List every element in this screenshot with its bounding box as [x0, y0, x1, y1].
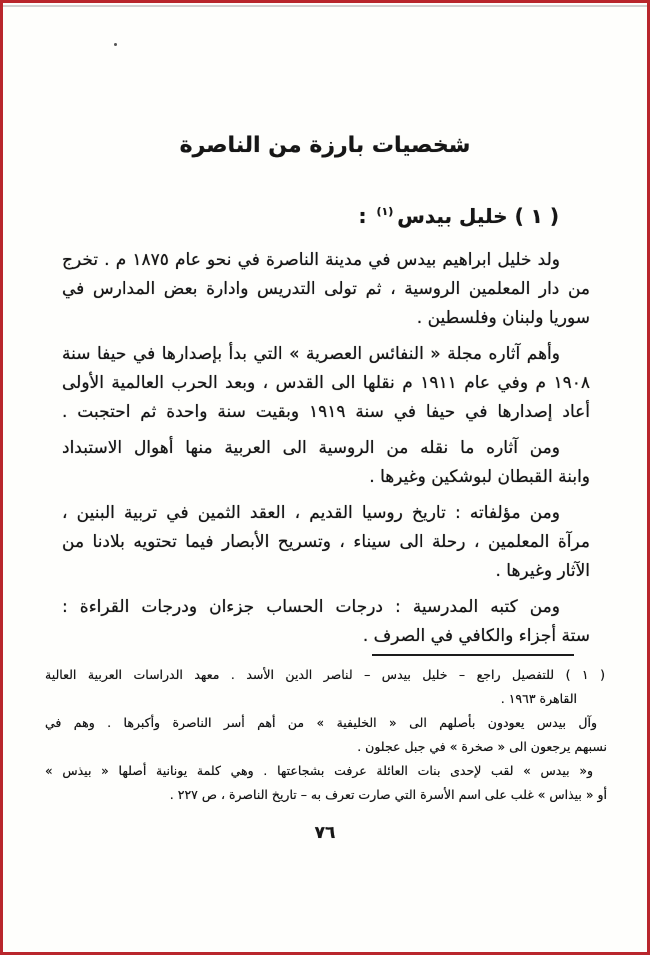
body-text: ولد خليل ابراهيم بيدس في مدينة الناصرة ف… [62, 246, 590, 651]
footnotes: ( ١ ) للتفصيل راجع – خليل بيدس – لناصر ا… [45, 663, 607, 807]
body-line: ستة أجزاء والكافي في الصرف . [62, 622, 590, 651]
body-line: الآثار وغيرها . [62, 557, 590, 586]
footnote-line: و« بيدس » لقب لإحدى بنات العائلة عرفت بش… [45, 759, 607, 783]
footnote-line: وآل بيدس يعودون بأصلهم الى « الخليفية » … [45, 711, 607, 735]
body-line: مرآة المعلمين ، رحلة الى سيناء ، وتسريح … [62, 528, 590, 557]
book-page: شخصيات بارزة من الناصرة ( ١ ) خليل بيدس(… [0, 0, 650, 955]
footnote-reference: (١) [376, 205, 393, 218]
section-heading-colon: : [358, 204, 366, 228]
body-line: من دار المعلمين الروسية ، ثم تولى التدري… [62, 275, 590, 304]
paragraph: ومن مؤلفاته : تاريخ روسيا القديم ، العقد… [62, 499, 590, 586]
body-line: ١٩٠٨ م وفي عام ١٩١١ م نقلها الى القدس ، … [62, 369, 590, 398]
footnote-divider [372, 654, 574, 656]
paragraph: ولد خليل ابراهيم بيدس في مدينة الناصرة ف… [62, 246, 590, 333]
body-line: وأهم آثاره مجلة « النفائس العصرية » التي… [62, 340, 590, 369]
body-line: ومن آثاره ما نقله من الروسية الى العربية… [62, 434, 590, 463]
body-line: وابنة القبطان لبوشكين وغيرها . [62, 463, 590, 492]
paragraph: ومن كتبه المدرسية : درجات الحساب جزءان و… [62, 593, 590, 651]
scan-speck [114, 43, 117, 46]
page-title: شخصيات بارزة من الناصرة [3, 133, 647, 158]
footnote-line: ( ١ ) للتفصيل راجع – خليل بيدس – لناصر ا… [45, 663, 607, 687]
body-line: أعاد إصدارها في حيفا في سنة ١٩١٩ وبقيت س… [62, 398, 590, 427]
section-heading-text: ( ١ ) خليل بيدس [397, 204, 559, 228]
body-line: ولد خليل ابراهيم بيدس في مدينة الناصرة ف… [62, 246, 590, 275]
scan-shadow-rule [3, 5, 647, 7]
footnote-line: نسبهم يرجعون الى « صخرة » في جبل عجلون . [45, 735, 607, 759]
body-line: ومن كتبه المدرسية : درجات الحساب جزءان و… [62, 593, 590, 622]
footnote-line: أو « بيذاس » غلب على اسم الأسرة التي صار… [45, 783, 607, 807]
footnote-line: القاهرة ١٩٦٣ . [45, 687, 607, 711]
body-line: سوريا ولبنان وفلسطين . [62, 304, 590, 333]
paragraph: وأهم آثاره مجلة « النفائس العصرية » التي… [62, 340, 590, 427]
paragraph: ومن آثاره ما نقله من الروسية الى العربية… [62, 434, 590, 492]
section-heading: ( ١ ) خليل بيدس(١): [358, 204, 559, 228]
body-line: ومن مؤلفاته : تاريخ روسيا القديم ، العقد… [62, 499, 590, 528]
page-number: ٧٦ [3, 823, 647, 843]
